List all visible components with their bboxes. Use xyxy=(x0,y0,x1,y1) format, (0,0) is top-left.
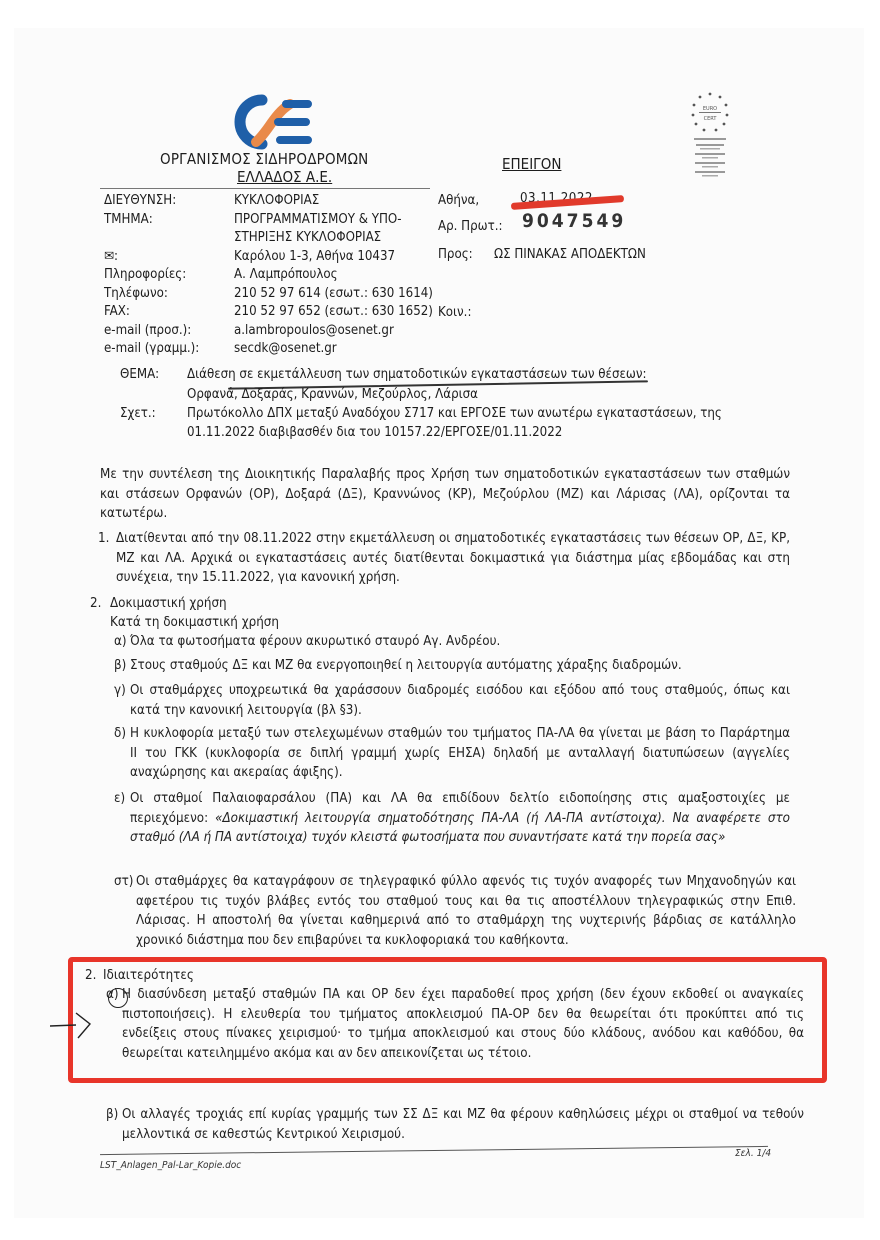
field-value: Α. Λαμπρόπουλος xyxy=(234,266,338,284)
reference-line2: 01.11.2022 διαβιβασθέν δια του 10157.22/… xyxy=(187,424,562,442)
svg-text:CERT: CERT xyxy=(704,116,718,122)
list-item-text: Οι σταθμάρχες θα καταγράφουν σε τηλεγραφ… xyxy=(136,872,796,950)
org-name-line1: ΟΡΓΑΝΙΣΜΟΣ ΣΙΔΗΡΟΔΡΟΜΩΝ xyxy=(160,150,368,168)
to-value: ΩΣ ΠΙΝΑΚΑΣ ΑΠΟΔΕΚΤΩΝ xyxy=(494,246,646,264)
list-item-body: Στους σταθμούς ΔΞ και ΜΖ θα ενεργοποιηθε… xyxy=(130,658,682,673)
list-item-marker: γ) xyxy=(114,681,126,701)
list-item-marker: ε) xyxy=(114,789,125,809)
item1-text: Διατίθενται από την 08.11.2022 στην εκμε… xyxy=(116,529,790,588)
field-value: ΚΥΚΛΟΦΟΡΙΑΣ xyxy=(234,192,319,210)
field-label: e-mail (προσ.): xyxy=(104,322,191,340)
field-label: Πληροφορίες: xyxy=(104,266,186,284)
list-item-body: Όλα τα φωτοσήματα φέρουν ακυρωτικό σταυρ… xyxy=(130,634,500,649)
item2-subtitle: Κατά τη δοκιμαστική χρήση xyxy=(110,613,279,633)
field-value: Καρόλου 1-3, Αθήνα 10437 xyxy=(234,248,395,266)
ose-logo-icon xyxy=(228,92,312,152)
footer-filename: LST_Anlagen_Pal-Lar_Kopie.doc xyxy=(100,1160,241,1171)
protocol-number: 9047549 xyxy=(522,212,626,230)
field-label: e-mail (γραμμ.): xyxy=(104,340,199,358)
field-label: ΔΙΕΥΘΥΝΣΗ: xyxy=(104,192,176,210)
header-divider xyxy=(100,188,430,189)
urgent-label: ΕΠΕΙΓΟΝ xyxy=(502,155,561,173)
list-item-marker: στ) xyxy=(114,872,133,892)
reference-line1: Πρωτόκολλο ΔΠΧ μεταξύ Αναδόχου Σ717 και … xyxy=(187,405,722,423)
handwritten-arrow-icon xyxy=(48,1010,98,1040)
list-item-marker: α) xyxy=(106,985,119,1005)
list-item-marker: β) xyxy=(114,656,126,676)
field-value: ΠΡΟΓΡΑΜΜΑΤΙΣΜΟΥ & ΥΠΟ- xyxy=(234,211,402,229)
protocol-label: Αρ. Πρωτ.: xyxy=(438,218,502,236)
cc-label: Κοιν.: xyxy=(438,304,471,322)
field-label: ✉: xyxy=(104,248,118,266)
field-value: ΣΤΗΡΙΞΗΣ ΚΥΚΛΟΦΟΡΙΑΣ xyxy=(234,229,381,247)
list-item-text: Η διασύνδεση μεταξύ σταθμών ΠΑ και ΟΡ δε… xyxy=(122,985,804,1063)
subject-line2: Ορφανά, Δοξαράς, Κραννών, Μεζούρλος, Λάρ… xyxy=(187,386,478,404)
list-item-text: Οι σταθμάρχες υποχρεωτικά θα χαράσσουν δ… xyxy=(130,681,790,720)
reference-label: Σχετ.: xyxy=(120,405,156,423)
list-item-marker: β) xyxy=(106,1105,118,1125)
item2-title: Δοκιμαστική χρήση xyxy=(110,594,227,614)
list-item-body: Η κυκλοφορία μεταξύ των στελεχωμένων στα… xyxy=(130,726,790,780)
field-label: ΤΜΗΜΑ: xyxy=(104,211,153,229)
subject-label: ΘΕΜΑ: xyxy=(120,366,159,384)
list-item-marker: δ) xyxy=(114,724,126,744)
list-item-text: Η κυκλοφορία μεταξύ των στελεχωμένων στα… xyxy=(130,724,790,783)
quoted-notice: «Δοκιμαστική λειτουργία σηματοδότησης ΠΑ… xyxy=(130,811,790,846)
item1-number: 1. xyxy=(98,529,109,549)
list-item-text: Οι αλλαγές τροχιάς επί κυρίας γραμμής τω… xyxy=(122,1105,804,1144)
item3-title: Ιδιαιτερότητες xyxy=(103,966,194,986)
field-value[interactable]: a.lambropoulos@osenet.gr xyxy=(234,322,394,340)
list-item-body: Οι αλλαγές τροχιάς επί κυρίας γραμμής τω… xyxy=(122,1107,804,1142)
item2-number: 2. xyxy=(90,594,101,614)
list-item-marker: α) xyxy=(114,632,127,652)
field-value[interactable]: secdk@osenet.gr xyxy=(234,340,337,358)
list-item-body: Η διασύνδεση μεταξύ σταθμών ΠΑ και ΟΡ δε… xyxy=(122,987,804,1061)
eurocert-badge-icon: EURO CERT xyxy=(680,88,740,184)
city-label: Αθήνα, xyxy=(438,192,479,210)
field-label: Τηλέφωνο: xyxy=(104,285,168,303)
list-item-body: Οι σταθμάρχες θα καταγράφουν σε τηλεγραφ… xyxy=(136,874,796,948)
field-value: 210 52 97 652 (εσωτ.: 630 1652) xyxy=(234,303,433,321)
svg-text:EURO: EURO xyxy=(703,106,717,112)
list-item-text: Στους σταθμούς ΔΞ και ΜΖ θα ενεργοποιηθε… xyxy=(130,656,790,676)
field-label: FAX: xyxy=(104,303,130,321)
footer-page-number: Σελ. 1/4 xyxy=(735,1148,771,1159)
to-label: Προς: xyxy=(438,246,473,264)
org-name-line2: ΕΛΛΑΔΟΣ Α.Ε. xyxy=(237,168,332,186)
item3-number: 2. xyxy=(85,966,96,986)
intro-paragraph: Με την συντέλεση της Διοικητικής Παραλαβ… xyxy=(100,465,790,524)
list-item-text: Όλα τα φωτοσήματα φέρουν ακυρωτικό σταυρ… xyxy=(130,632,790,652)
field-value: 210 52 97 614 (εσωτ.: 630 1614) xyxy=(234,285,433,303)
list-item-body: Οι σταθμάρχες υποχρεωτικά θα χαράσσουν δ… xyxy=(130,683,790,718)
list-item-text: Οι σταθμοί Παλαιοφαρσάλου (ΠΑ) και ΛΑ θα… xyxy=(130,789,790,848)
